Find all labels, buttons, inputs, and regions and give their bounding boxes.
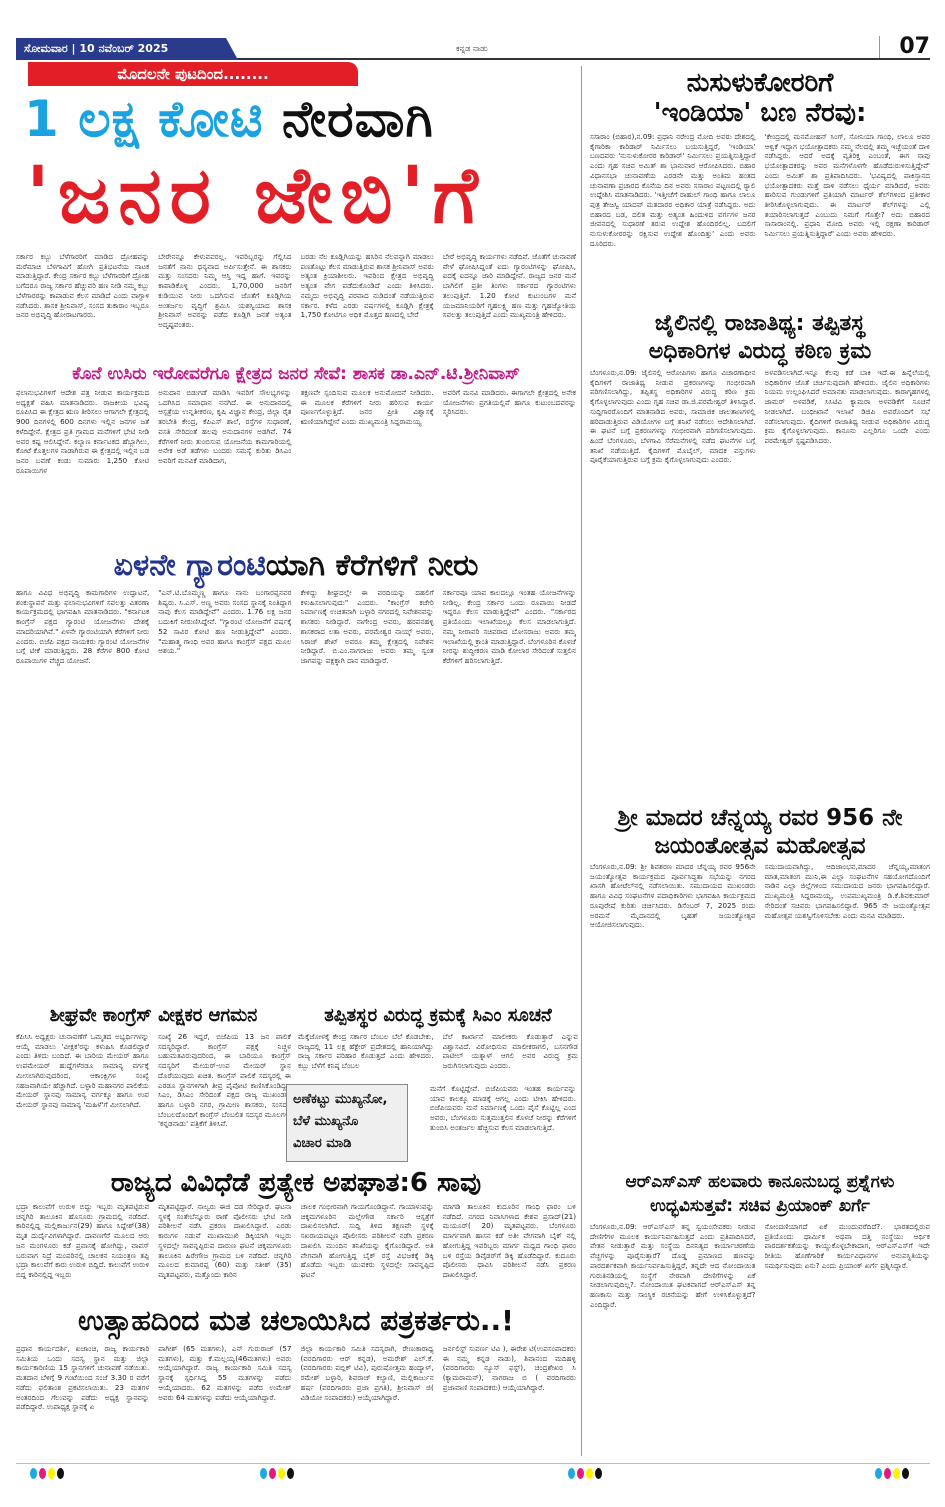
- cm-story-body: ಮೆಕ್ಕೆಜೋಳಕ್ಕೆ ಕೇಂದ್ರ ಸರ್ಕಾರ ಬೆಂಬಲ ಬೆಲೆ ಕ…: [298, 1032, 578, 1080]
- article-column: ಸರ್ಕಾರ ಕಬ್ಬು ಬೆಳೆಗಾರರಿಗೆ ಮಾಡಿದ ದ್ರೋಹವನ್ನ…: [16, 252, 149, 362]
- jail-story-headline: ಜೈಲಿನಲ್ಲಿ ರಾಜಾತಿಥ್ಯ: ತಪ್ಪಿತಸ್ಥ ಅಧಿಕಾರಿಗಳ…: [590, 310, 930, 366]
- congress-story-headline: ಶೀಘ್ರವೇ ಕಾಂಗ್ರೆಸ್ ವೀಕ್ಷಕರ ಆಗಮನ: [16, 1002, 291, 1030]
- article-column: ಅವರಿಗೆ ಮನವಿ ಮಾಡಿದರು. ಈಗಾಗಲೇ ಕ್ಷೇತ್ರದಲ್ಲಿ…: [443, 388, 576, 548]
- journalists-story-headline: ಉತ್ಸಾಹದಿಂದ ಮತ ಚಲಾಯಿಸಿದ ಪತ್ರಕರ್ತರು..!: [16, 1302, 576, 1340]
- pull-quote-box: ಅಣೆಕಟ್ಟು ಮುಖ್ಯನೋ, ಬೆಳೆ ಮುಖ್ಯನೊ ವಿಚಾರ ಮಾಡ…: [286, 1084, 408, 1162]
- jail-story-body: ಬೆಂಗಳೂರು,ನ.09: ಜೈಲಿನಲ್ಲಿ ಆರೋಪಿಗಳು ಹಾಗೂ ವ…: [590, 368, 930, 800]
- article-column: ತಕ್ಷಣವೇ ಸ್ಪಂದಿಸುವ ಮೂಲಕ ಅನುಮೋದನೆ ನೀಡಿದರು.…: [301, 388, 434, 548]
- lead-headline-line2: 'ಜನರ ಜೇಬಿ'ಗೆ: [26, 150, 586, 242]
- page-masthead: ಸೋಮವಾರ | 10 ನವೆಂಬರ್ 2025 ಕನ್ನಡ ನಾಡು 07: [16, 36, 930, 60]
- article-column: "ಎನ್.ಟಿ.ಬೊಮ್ಮಣ್ಣ ಹಾಗೂ ನಾನು ಬಂಗಾರಪ್ಪನವರ ಶ…: [158, 588, 291, 998]
- madara-story-headline: ಶ್ರೀ ಮಾದರ ಚೆನ್ನಯ್ಯ ರವರ 956 ನೇ ಜಯಂತೋತ್ಸವ …: [590, 804, 930, 860]
- article-column: ಮೃತಪಟ್ಟಿದ್ದಾರೆ. ನಾಲ್ವರು ಈಜಿ ದಡ ಸೇರಿದ್ದಾರ…: [158, 1202, 291, 1304]
- seve-story-headline: ಕೊನೆ ಉಸಿರು ಇರೋವರೆಗೂ ಕ್ಷೇತ್ರದ ಜನರ ಸೇವೆ: ಶ…: [16, 362, 576, 386]
- yellow-dot-icon: [586, 1468, 593, 1479]
- magenta-dot-icon: [39, 1468, 46, 1479]
- black-dot-icon: [902, 1468, 909, 1479]
- headline-line: ಉದ್ಭವಿಸುತ್ತವೆ: ಸಚಿವ ಪ್ರಿಯಾಂಕ್ ಖರ್ಗೆ: [590, 1194, 930, 1218]
- article-column: ಅನುದಾನ ಬಿಡುಗಡೆ ಮಾಡಿಸಿ ಇವರಿಗೆ ಸೌಲಭ್ಯಗಳನ್ನ…: [158, 388, 291, 548]
- neeru-story-headline: ಏಳನೇ ಗ್ಯಾರಂಟಿಯಾಗಿ ಕೆರೆಗಳಿಗೆ ನೀರು: [16, 546, 576, 586]
- article-column: ಮೆಕ್ಕೆಜೋಳಕ್ಕೆ ಕೇಂದ್ರ ಸರ್ಕಾರ ಬೆಂಬಲ ಬೆಲೆ ಕ…: [298, 1032, 434, 1080]
- article-column: ಬೇರೇನನ್ನೂ ಕೇಳುವವರಲ್ಲ. ಇವರಿಬ್ಬರನ್ನು ಗೆಲ್ಲ…: [158, 252, 291, 362]
- article-column: ಸರ್ಕಾರವೂ ಯಾವ ಕಾಲದಲ್ಲೂ ಇಂತಹ ಯೋಜನೆಗಳನ್ನು ನ…: [443, 588, 576, 998]
- pull-quote-line: ಬೆಳೆ ಮುಖ್ಯನೊ: [293, 1111, 401, 1133]
- article-column: ಬೆಂಗಳೂರು,ನ.09: ಜೈಲಿನಲ್ಲಿ ಆರೋಪಿಗಳು ಹಾಗೂ ವ…: [590, 368, 756, 800]
- yellow-dot-icon: [893, 1468, 900, 1479]
- registration-marks: [260, 1468, 294, 1479]
- article-column: ಕೆಪಿಸಿಸಿ ಅಧ್ಯಕ್ಷರು ಚುನಾವಣೆಗೆ ಒಮ್ಮತದ ಅಭ್ಯ…: [16, 1032, 149, 1162]
- magenta-dot-icon: [577, 1468, 584, 1479]
- journalists-story-body: ಪ್ರಧಾನ ಕಾರ್ಯದರ್ಶಿ, ಖಜಾಂಚಿ, ರಾಜ್ಯ ಕಾರ್ಯಕಾ…: [16, 1344, 576, 1460]
- yellow-dot-icon: [278, 1468, 285, 1479]
- headline-line: ಶ್ರೀ ಮಾದರ ಚೆನ್ನಯ್ಯ ರವರ 956 ನೇ: [590, 804, 930, 832]
- lead-headline-black: ನೇರವಾಗಿ: [282, 90, 434, 148]
- accident-story-body: ಭದ್ರಾ ಕಾಲುವೆಗೆ ಉರುಳಿ ಬಿದ್ದು ಇಬ್ಬರು ಮೃತಪಟ…: [16, 1202, 576, 1304]
- continued-from-front-kicker: ಮೊದಲನೇ ಪುಟದಿಂದ........: [28, 62, 358, 86]
- black-dot-icon: [57, 1468, 64, 1479]
- pull-quote-line: ಅಣೆಕಟ್ಟು ಮುಖ್ಯನೋ,: [293, 1089, 401, 1111]
- cm-story-headline: ತಪ್ಪಿತಸ್ಥರ ವಿರುದ್ಧ ಕ್ರಮಕ್ಕೆ ಸಿಎಂ ಸೂಚನೆ: [298, 1002, 578, 1030]
- article-column: ಸಂಖ್ಯೆ 26 ಇದ್ದರೆ, ಬಿಜೆಪಿಯ 13 ಜನ ಪಾಲಿಕೆ ಸ…: [158, 1032, 291, 1162]
- headline-line: ನುಸುಳುಕೋರರಿಗೆ: [590, 68, 930, 98]
- article-column: ಹಾಗೂ ವಿವಿಧ ಅಭಿವೃದ್ಧಿ ಕಾಮಗಾರಿಗಳ ಉದ್ಘಾಟನೆ,…: [16, 588, 149, 998]
- cyan-dot-icon: [875, 1468, 882, 1479]
- registration-marks: [30, 1468, 64, 1479]
- article-column: ಬೆಲೆ ಕಾರ್ಖಾನೆ ಮಾಲೀಕರು ಕೊಡುತ್ತಾರೆ ಎನ್ನುವ …: [443, 1032, 579, 1080]
- neeru-headline-black: ಯಾಗಿ ಕೆರೆಗಳಿಗೆ ನೀರು: [266, 548, 479, 583]
- article-column: ಫಲಾನುಭವಿಗಳಿಗೆ ಆದೇಶ ಪತ್ರ ನೀಡುವ ಕಾರ್ಯಕ್ರಮದ…: [16, 388, 149, 548]
- registration-marks: [568, 1468, 602, 1479]
- article-column: ಬೆಂಗಳೂರು,ನ.09: ಆರ್‌ಎಸ್‌ಎಸ್ ತನ್ನ ಸ್ವಯಂಸೇವ…: [590, 1222, 756, 1462]
- article-column: ಮಾಗಡಿ ತಾಲೂಕಿನ ಕುದೂರಿನ ಗಾಂಧಿ ಫಾರಂ ಬಳಿ ನಡೆ…: [443, 1202, 576, 1304]
- article-column: ಜಿಲ್ಲಾ ಕಾರ್ಯಕಾರಿ ಸಮಿತಿ ಸದಸ್ಯರಾಗಿ, ರೇಣುಕಾ…: [301, 1344, 434, 1460]
- article-column: ಪಾಗೀಶ್ (65 ಮತಗಳು), ಎನ್ ಗುರುರಾಜ್ (57 ಮತಗಳ…: [158, 1344, 291, 1460]
- article-column: ಸಮುದಾಯವಾಗಿದ್ದು, ಆದಿಜಾಂಭವ,ಮಾದರ ಚೆನ್ನಯ್ಯ,ಮ…: [765, 862, 931, 1168]
- headline-line: 'ಇಂಡಿಯಾ' ಬಣ ನೆರವು:: [590, 98, 930, 128]
- magenta-dot-icon: [884, 1468, 891, 1479]
- article-column: ಅಳವಡಿಸಲಾಗಿದೆ.ಇನ್ನೂ ಕೆಲವು ಕಡೆ ಬಾಕಿ ಇದೆ.ಈ …: [765, 368, 931, 800]
- congress-story-body: ಕೆಪಿಸಿಸಿ ಅಧ್ಯಕ್ಷರು ಚುನಾವಣೆಗೆ ಒಮ್ಮತದ ಅಭ್ಯ…: [16, 1032, 291, 1162]
- article-column: ಪ್ರಧಾನ ಕಾರ್ಯದರ್ಶಿ, ಖಜಾಂಚಿ, ರಾಜ್ಯ ಕಾರ್ಯಕಾ…: [16, 1344, 149, 1460]
- article-column: ಜರ್ನಲಿಸ್ಟ್ ಸುವರ್ಣ ಟಿವಿ ), ಈರೇಶ ಟಿ(ಉಪಸಂಪಾ…: [443, 1344, 576, 1460]
- madara-story-body: ಬೆಂಗಳೂರು,ನ.09: ಶ್ರೀ ಶಿವಶರಣ ಮಾದರ ಚೆನ್ನಯ್ಯ…: [590, 862, 930, 1168]
- headline-line: ಅಧಿಕಾರಿಗಳ ವಿರುದ್ಧ ಕಠಿಣ ಕ್ರಮ: [590, 338, 930, 366]
- page-number: 07: [899, 34, 930, 59]
- black-dot-icon: [595, 1468, 602, 1479]
- article-column: ಕೇಳಿದ್ದು ಶೀಘ್ರದಲ್ಲೇ ಈ ವರದಿಯನ್ನು ದಹಲಿಗೆ ಕ…: [301, 588, 434, 998]
- neeru-headline-navy: ಏಳನೇ ಗ್ಯಾರಂಟಿ: [114, 548, 266, 583]
- registration-marks: [875, 1468, 909, 1479]
- issue-date: ಸೋಮವಾರ | 10 ನವೆಂಬರ್ 2025: [16, 38, 238, 60]
- footer-rule: [16, 1463, 930, 1464]
- pull-quote-line: ವಿಚಾರ ಮಾಡಿ: [293, 1133, 401, 1155]
- rss-story-headline: ಆರ್‌ಎಸ್‌ಎಸ್ ಹಲವಾರು ಕಾನೂನುಬದ್ಧ ಪ್ರಶ್ನೆಗಳು…: [590, 1170, 930, 1218]
- column-divider: [581, 66, 582, 1456]
- headline-line: ಜೈಲಿನಲ್ಲಿ ರಾಜಾತಿಥ್ಯ: ತಪ್ಪಿತಸ್ಥ: [590, 310, 930, 338]
- neeru-story-body: ಹಾಗೂ ವಿವಿಧ ಅಭಿವೃದ್ಧಿ ಕಾಮಗಾರಿಗಳ ಉದ್ಘಾಟನೆ,…: [16, 588, 576, 998]
- accident-story-headline: ರಾಜ್ಯದ ವಿವಿಧೆಡೆ ಪ್ರತ್ಯೇಕ ಅಪಘಾತ:6 ಸಾವು: [16, 1166, 576, 1200]
- india-story-headline: ನುಸುಳುಕೋರರಿಗೆ 'ಇಂಡಿಯಾ' ಬಣ ನೆರವು:: [590, 68, 930, 128]
- cyan-dot-icon: [260, 1468, 267, 1479]
- seve-story-body: ಫಲಾನುಭವಿಗಳಿಗೆ ಆದೇಶ ಪತ್ರ ನೀಡುವ ಕಾರ್ಯಕ್ರಮದ…: [16, 388, 576, 548]
- cm-story-continued: ಮನೆಗೆ ಕೊಟ್ಟಿದ್ದೇವೆ. ಬಿಜೆಪಿಯವರು ಇಂತಹ ಕಾರ್…: [430, 1084, 576, 1162]
- lead-headline-blue: 1 ಲಕ್ಷ ಕೋಟಿ: [24, 90, 264, 148]
- headline-line: ಆರ್‌ಎಸ್‌ಎಸ್ ಹಲವಾರು ಕಾನೂನುಬದ್ಧ ಪ್ರಶ್ನೆಗಳು: [590, 1170, 930, 1194]
- article-column: ಬೆಂಗಳೂರು,ನ.09: ಶ್ರೀ ಶಿವಶರಣ ಮಾದರ ಚೆನ್ನಯ್ಯ…: [590, 862, 756, 1168]
- magenta-dot-icon: [269, 1468, 276, 1479]
- paper-name: ಕನ್ನಡ ನಾಡು: [456, 44, 488, 54]
- article-column: ಬರಡು ನೆಲ ಕೂಡ್ಲಿಗಿಯನ್ನು ಹಸಿರಿನ ನೆಲವನ್ನಾಗಿ…: [301, 252, 434, 362]
- cyan-dot-icon: [30, 1468, 37, 1479]
- article-column: ಬೇರೆ ಅಭಿವೃದ್ಧಿ ಕಾರ್ಯಗಳು ನಡೆದಿವೆ. ಜೊತೆಗೆ …: [443, 252, 576, 362]
- black-dot-icon: [287, 1468, 294, 1479]
- article-column: ಚಾಲಕ ಗಂಭೀರವಾಗಿ ಗಾಯಗೊಂಡಿದ್ದಾನೆ. ಗಾಯಾಳುವನ್…: [301, 1202, 434, 1304]
- rss-story-body: ಬೆಂಗಳೂರು,ನ.09: ಆರ್‌ಎಸ್‌ಎಸ್ ತನ್ನ ಸ್ವಯಂಸೇವ…: [590, 1222, 930, 1462]
- cyan-dot-icon: [568, 1468, 575, 1479]
- headline-line: ಜಯಂತೋತ್ಸವ ಮಹೋತ್ಸವ: [590, 832, 930, 860]
- page-number-divider: [879, 36, 880, 58]
- lead-headline-line1: 1 ಲಕ್ಷ ಕೋಟಿ ನೇರವಾಗಿ: [24, 88, 584, 150]
- lead-story-body: ಸರ್ಕಾರ ಕಬ್ಬು ಬೆಳೆಗಾರರಿಗೆ ಮಾಡಿದ ದ್ರೋಹವನ್ನ…: [16, 252, 576, 362]
- article-column: ಭದ್ರಾ ಕಾಲುವೆಗೆ ಉರುಳಿ ಬಿದ್ದು ಇಬ್ಬರು ಮೃತಪಟ…: [16, 1202, 149, 1304]
- article-column: ನೋಂದಣಿಯಾಗದೆ ಏಕೆ ಮುಂದುವರೆದಿದೆ?. ಭಾರತದಲ್ಲಿ…: [765, 1222, 931, 1462]
- yellow-dot-icon: [48, 1468, 55, 1479]
